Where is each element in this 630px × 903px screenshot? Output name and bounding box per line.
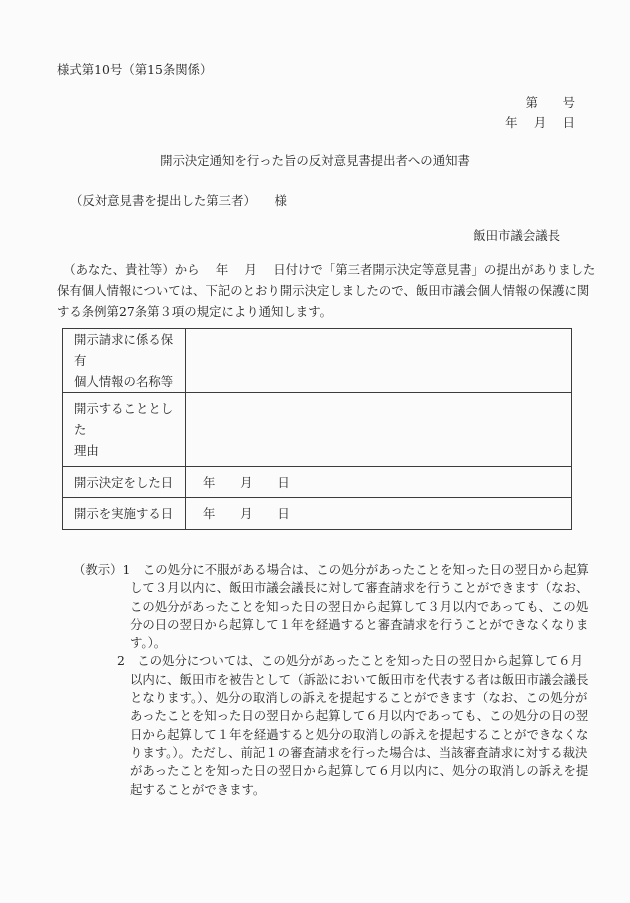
doc-number-line: 第 号 [505,93,575,113]
notice-line: して３月以内に、飯田市議会議長に対して審査請求を行うことができます（なお、 [130,579,589,597]
form-number: 様式第10号（第15条関係） [57,60,212,78]
notice-line: 2 この処分については、この処分があったことを知った日の翌日から起算して６月 [117,652,589,670]
row-label: 開示請求に係る保有 個人情報の名称等 [63,329,186,393]
doc-date-line: 年 月 日 [505,113,575,133]
notice-line: 日から起算して１年を経過すると処分の取消しの訴えを提起することができなくな [130,726,589,744]
body-line: 保有個人情報については、下記のとおり開示決定しましたので、飯田市議会個人情報の保… [57,280,595,301]
notice-line: あったことを知った日の翌日から起算して６月以内であっても、この処分の日の翌 [130,707,589,725]
table-row-implementation-date: 開示を実施する日 年 月 日 [63,498,572,530]
document-page: 様式第10号（第15条関係） 第 号 年 月 日 開示決定通知を行った旨の反対意… [0,0,630,903]
notice-line: 以内に、飯田市を被告として（訴訟において飯田市を代表する者は飯田市議会議長 [130,671,589,689]
notice-line: 起することができます。 [130,781,589,799]
table-row-disclosure-reason: 開示することとした 理由 [63,393,572,467]
page-title: 開示決定通知を行った旨の反対意見書提出者への通知書 [0,151,630,169]
row-label: 開示することとした 理由 [63,393,186,467]
body-line: （あなた、貴社等）から 年 月 日付けで「第三者開示決定等意見書」の提出がありま… [57,259,595,280]
kyoji-notice-section: （教示）1 この処分に不服がある場合は、この処分があったことを知った日の翌日から… [0,561,589,799]
body-line: する条例第27条第３項の規定により通知します。 [57,301,595,322]
row-label: 開示決定をした日 [63,467,186,498]
row-value: 年 月 日 [186,467,572,498]
row-value [186,393,572,467]
disclosure-info-table: 開示請求に係る保有 個人情報の名称等 開示することとした 理由 開示決定をした日… [62,328,572,530]
body-paragraph: （あなた、貴社等）から 年 月 日付けで「第三者開示決定等意見書」の提出がありま… [57,259,595,322]
notice-line: となります。）、処分の取消しの訴えを提起することができます（なお、この処分が [130,689,589,707]
notice-line: す。）。 [130,634,589,652]
notice-line: （教示）1 この処分に不服がある場合は、この処分があったことを知った日の翌日から… [73,561,589,579]
notice-line: 分の日の翌日から起算して１年を経過すると審査請求を行うことができなくなりま [130,616,589,634]
notice-line: ります。）。ただし、前記１の審査請求を行った場合は、当該審査請求に対する裁決 [130,744,589,762]
notice-line: があったことを知った日の翌日から起算して６月以内に、処分の取消しの訴えを提 [130,762,589,780]
row-value [186,329,572,393]
sender-line: 飯田市議会議長 [473,226,560,244]
row-value: 年 月 日 [186,498,572,530]
notice-line: この処分があったことを知った日の翌日から起算して３月以内であっても、この処 [130,598,589,616]
table-row-information-name: 開示請求に係る保有 個人情報の名称等 [63,329,572,393]
table-row-decision-date: 開示決定をした日 年 月 日 [63,467,572,498]
addressee-line: （反対意見書を提出した第三者） 様 [70,191,287,209]
row-label: 開示を実施する日 [63,498,186,530]
doc-number-block: 第 号 年 月 日 [505,93,575,132]
